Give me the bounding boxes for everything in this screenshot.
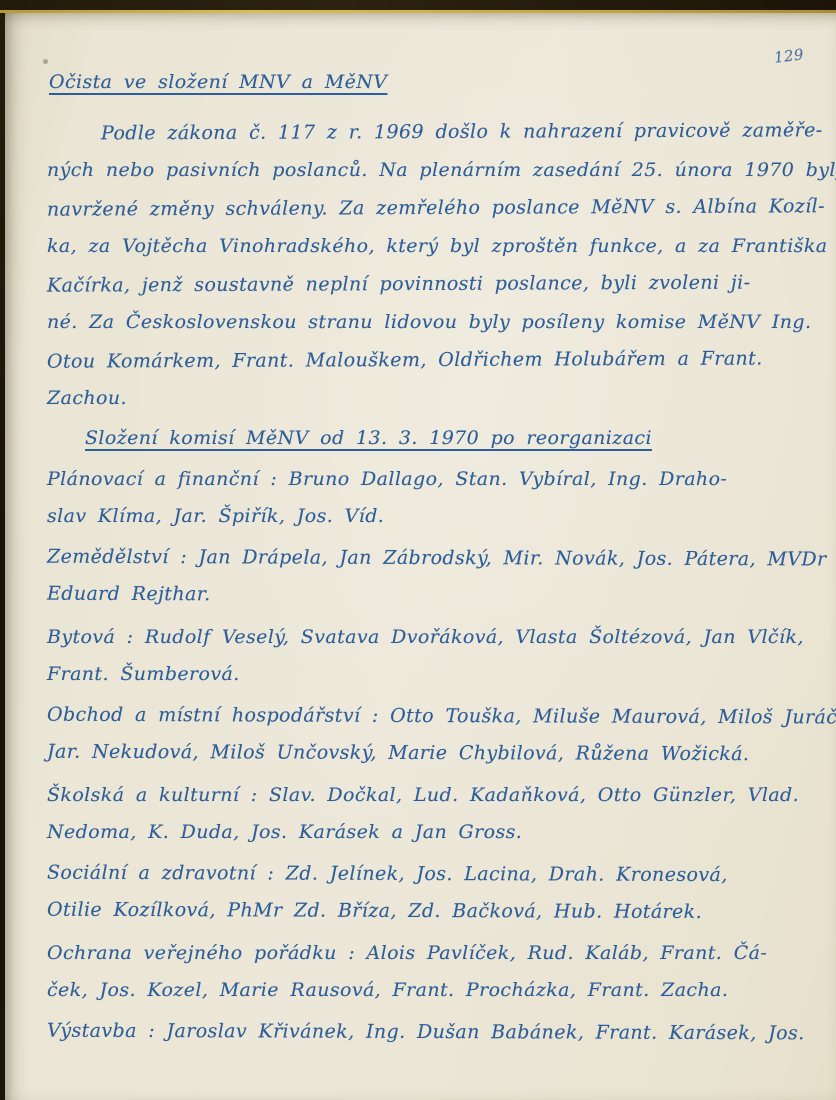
committee-line: Plánovací a finanční : Bruno Dallago, St… [47,461,802,498]
committee-line: Sociální a zdravotní : Zd. Jelínek, Jos.… [47,855,802,895]
committee-line: Obchod a místní hospodářství : Otto Touš… [47,697,802,737]
paragraph-line: navržené změny schváleny. Za zemřelého p… [47,187,802,228]
committee-group-public-order: Ochrana veřejného pořádku : Alois Pavlíč… [47,935,802,1009]
committee-group-housing: Bytová : Rudolf Veselý, Svatava Dvořákov… [47,619,802,693]
committee-list: Plánovací a finanční : Bruno Dallago, St… [47,461,802,1051]
committee-group-planning: Plánovací a finanční : Bruno Dallago, St… [47,461,802,535]
committee-line: Výstavba : Jaroslav Křivánek, Ing. Dušan… [47,1013,802,1053]
book-edge-top [0,0,836,10]
committee-line: Jar. Nekudová, Miloš Unčovský, Marie Chy… [47,734,802,774]
heading-commissions: Složení komisí MěNV od 13. 3. 1970 po re… [85,427,802,449]
paragraph-line: né. Za Československou stranu lidovou by… [47,303,802,341]
committee-line: Bytová : Rudolf Veselý, Svatava Dvořákov… [47,619,802,656]
committee-group-agriculture: Zemědělství : Jan Drápela, Jan Zábrodský… [47,540,802,614]
committee-group-commerce: Obchod a místní hospodářství : Otto Touš… [47,698,802,772]
committee-line: ček, Jos. Kozel, Marie Rausová, Frant. P… [47,972,802,1009]
committee-line: Nedoma, K. Duda, Jos. Karásek a Jan Gros… [47,814,802,851]
committee-line: Ochrana veřejného pořádku : Alois Pavlíč… [47,935,802,972]
paragraph-line: ka, za Vojtěcha Vinohradského, který byl… [47,227,802,265]
chronicle-photo: 129 Očista ve složení MNV a MěNV Podle z… [0,0,836,1100]
chronicle-page: 129 Očista ve složení MNV a MěNV Podle z… [5,13,836,1100]
committee-group-schools-culture: Školská a kulturní : Slav. Dočkal, Lud. … [47,777,802,851]
committee-line: Eduard Rejthar. [47,576,802,616]
paragraph-change: Podle zákona č. 117 z r. 1969 došlo k na… [47,113,802,417]
committee-line: Zemědělství : Jan Drápela, Jan Zábrodský… [47,539,802,579]
committee-line: slav Klíma, Jar. Špiřík, Jos. Víd. [47,498,802,535]
paragraph-line: Otou Komárkem, Frant. Malouškem, Oldřich… [47,339,802,380]
paper-speck [43,59,48,64]
committee-group-construction: Výstavba : Jaroslav Křivánek, Ing. Dušan… [47,1014,802,1051]
committee-line: Otilie Kozílková, PhMr Zd. Bříza, Zd. Ba… [47,892,802,932]
paragraph-line: ných nebo pasivních poslanců. Na plenárn… [47,151,802,189]
page-number: 129 [773,45,805,67]
heading-purge: Očista ve složení MNV a MěNV [49,71,802,93]
committee-group-social-health: Sociální a zdravotní : Zd. Jelínek, Jos.… [47,856,802,930]
committee-line: Frant. Šumberová. [47,656,802,693]
paragraph-line: Podle zákona č. 117 z r. 1969 došlo k na… [47,111,802,152]
committee-line: Školská a kulturní : Slav. Dočkal, Lud. … [47,777,802,814]
paragraph-line: Kačírka, jenž soustavně neplní povinnost… [47,263,802,304]
paragraph-line: Zachou. [47,379,802,417]
